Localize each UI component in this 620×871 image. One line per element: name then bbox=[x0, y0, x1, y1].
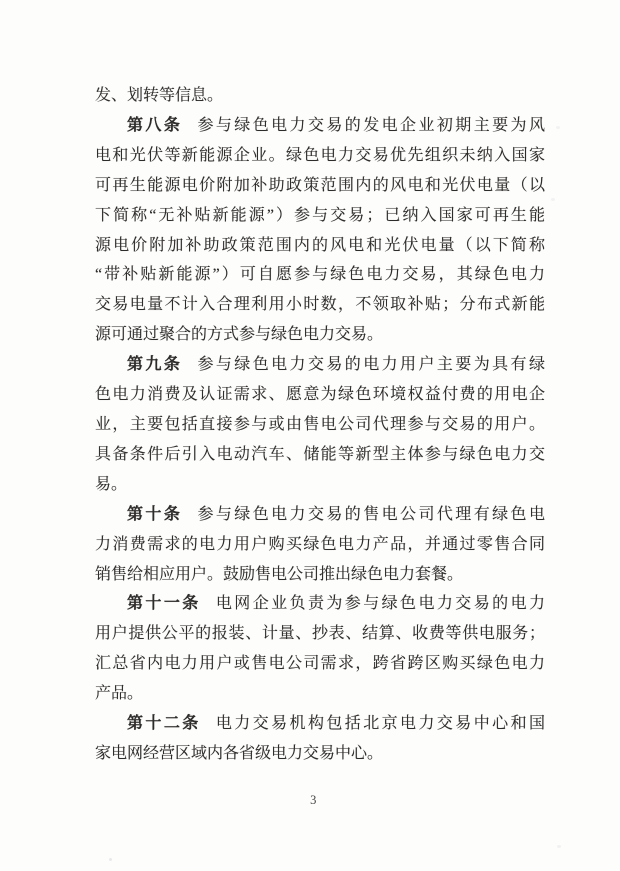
scan-speck bbox=[109, 858, 112, 861]
scan-speck bbox=[556, 126, 560, 129]
text-line: 下简称“无补贴新能源”）参与交易；已纳入国家可再生能 bbox=[95, 201, 545, 231]
line-text: 发、划转等信息。 bbox=[95, 87, 223, 104]
text-line: 电和光伏等新能源企业。绿色电力交易优先组织未纳入国家 bbox=[95, 141, 545, 171]
line-text: 电和光伏等新能源企业。绿色电力交易优先组织未纳入国家 bbox=[95, 147, 545, 164]
line-text: 交易电量不计入合理利用小时数，不领取补贴；分布式新能 bbox=[95, 296, 545, 313]
document-page: 发、划转等信息。第八条参与绿色电力交易的发电企业初期主要为风电和光伏等新能源企业… bbox=[0, 0, 620, 871]
text-line: 可再生能源电价附加补助政策范围内的风电和光伏电量（以 bbox=[95, 171, 545, 201]
line-text: 家电网经营区域内各省级电力交易中心。 bbox=[95, 745, 383, 762]
scan-speck bbox=[557, 845, 561, 848]
text-line: 家电网经营区域内各省级电力交易中心。 bbox=[95, 739, 545, 769]
article-number: 第十一条 bbox=[127, 595, 201, 612]
text-line: 销售给相应用户。鼓励售电公司推出绿色电力套餐。 bbox=[95, 560, 545, 590]
text-line: 具备条件后引入电动汽车、储能等新型主体参与绿色电力交 bbox=[95, 440, 545, 470]
line-text: 参与绿色电力交易的发电企业初期主要为风 bbox=[197, 117, 545, 134]
line-text: 销售给相应用户。鼓励售电公司推出绿色电力套餐。 bbox=[95, 566, 463, 583]
text-line: 产品。 bbox=[95, 679, 545, 709]
text-line: 源电价附加补助政策范围内的风电和光伏电量（以下简称 bbox=[95, 231, 545, 261]
line-text: 具备条件后引入电动汽车、储能等新型主体参与绿色电力交 bbox=[95, 446, 545, 463]
text-line: “带补贴新能源”）可自愿参与绿色电力交易，其绿色电力 bbox=[95, 260, 545, 290]
page-number: 3 bbox=[0, 793, 620, 808]
text-line: 第九条参与绿色电力交易的电力用户主要为具有绿 bbox=[95, 350, 545, 380]
article-number: 第十条 bbox=[127, 506, 182, 523]
line-text: 电力交易机构包括北京电力交易中心和国 bbox=[216, 715, 545, 732]
line-text: 参与绿色电力交易的电力用户主要为具有绿 bbox=[197, 356, 545, 373]
text-line: 易。 bbox=[95, 470, 545, 500]
text-line: 第十条参与绿色电力交易的售电公司代理有绿色电 bbox=[95, 500, 545, 530]
line-text: 业，主要包括直接参与或由售电公司代理参与交易的用户。 bbox=[95, 416, 545, 433]
line-text: 汇总省内电力用户或售电公司需求，跨省跨区购买绿色电力 bbox=[95, 655, 545, 672]
text-line: 交易电量不计入合理利用小时数，不领取补贴；分布式新能 bbox=[95, 290, 545, 320]
article-number: 第十二条 bbox=[127, 715, 201, 732]
line-text: 力消费需求的电力用户购买绿色电力产品，并通过零售合同 bbox=[95, 536, 545, 553]
text-line: 第十一条电网企业负责为参与绿色电力交易的电力 bbox=[95, 589, 545, 619]
article-number: 第九条 bbox=[127, 356, 182, 373]
text-line: 汇总省内电力用户或售电公司需求，跨省跨区购买绿色电力 bbox=[95, 649, 545, 679]
line-text: 参与绿色电力交易的售电公司代理有绿色电 bbox=[197, 506, 545, 523]
line-text: “带补贴新能源”）可自愿参与绿色电力交易，其绿色电力 bbox=[95, 266, 545, 283]
text-line: 色电力消费及认证需求、愿意为绿色环境权益付费的用电企 bbox=[95, 380, 545, 410]
line-text: 源可通过聚合的方式参与绿色电力交易。 bbox=[95, 326, 383, 343]
line-text: 电网企业负责为参与绿色电力交易的电力 bbox=[216, 595, 545, 612]
line-text: 下简称“无补贴新能源”）参与交易；已纳入国家可再生能 bbox=[95, 207, 545, 224]
text-line: 发、划转等信息。 bbox=[95, 81, 545, 111]
body-text: 发、划转等信息。第八条参与绿色电力交易的发电企业初期主要为风电和光伏等新能源企业… bbox=[95, 81, 545, 769]
article-number: 第八条 bbox=[127, 117, 182, 134]
text-line: 源可通过聚合的方式参与绿色电力交易。 bbox=[95, 320, 545, 350]
line-text: 色电力消费及认证需求、愿意为绿色环境权益付费的用电企 bbox=[95, 386, 545, 403]
line-text: 源电价附加补助政策范围内的风电和光伏电量（以下简称 bbox=[95, 237, 545, 254]
line-text: 可再生能源电价附加补助政策范围内的风电和光伏电量（以 bbox=[95, 177, 545, 194]
line-text: 产品。 bbox=[95, 685, 143, 702]
line-text: 易。 bbox=[95, 476, 127, 493]
scan-speck bbox=[551, 198, 555, 201]
text-line: 业，主要包括直接参与或由售电公司代理参与交易的用户。 bbox=[95, 410, 545, 440]
text-line: 用户提供公平的报装、计量、抄表、结算、收费等供电服务； bbox=[95, 619, 545, 649]
text-line: 第十二条电力交易机构包括北京电力交易中心和国 bbox=[95, 709, 545, 739]
text-line: 第八条参与绿色电力交易的发电企业初期主要为风 bbox=[95, 111, 545, 141]
line-text: 用户提供公平的报装、计量、抄表、结算、收费等供电服务； bbox=[95, 625, 545, 642]
text-line: 力消费需求的电力用户购买绿色电力产品，并通过零售合同 bbox=[95, 530, 545, 560]
